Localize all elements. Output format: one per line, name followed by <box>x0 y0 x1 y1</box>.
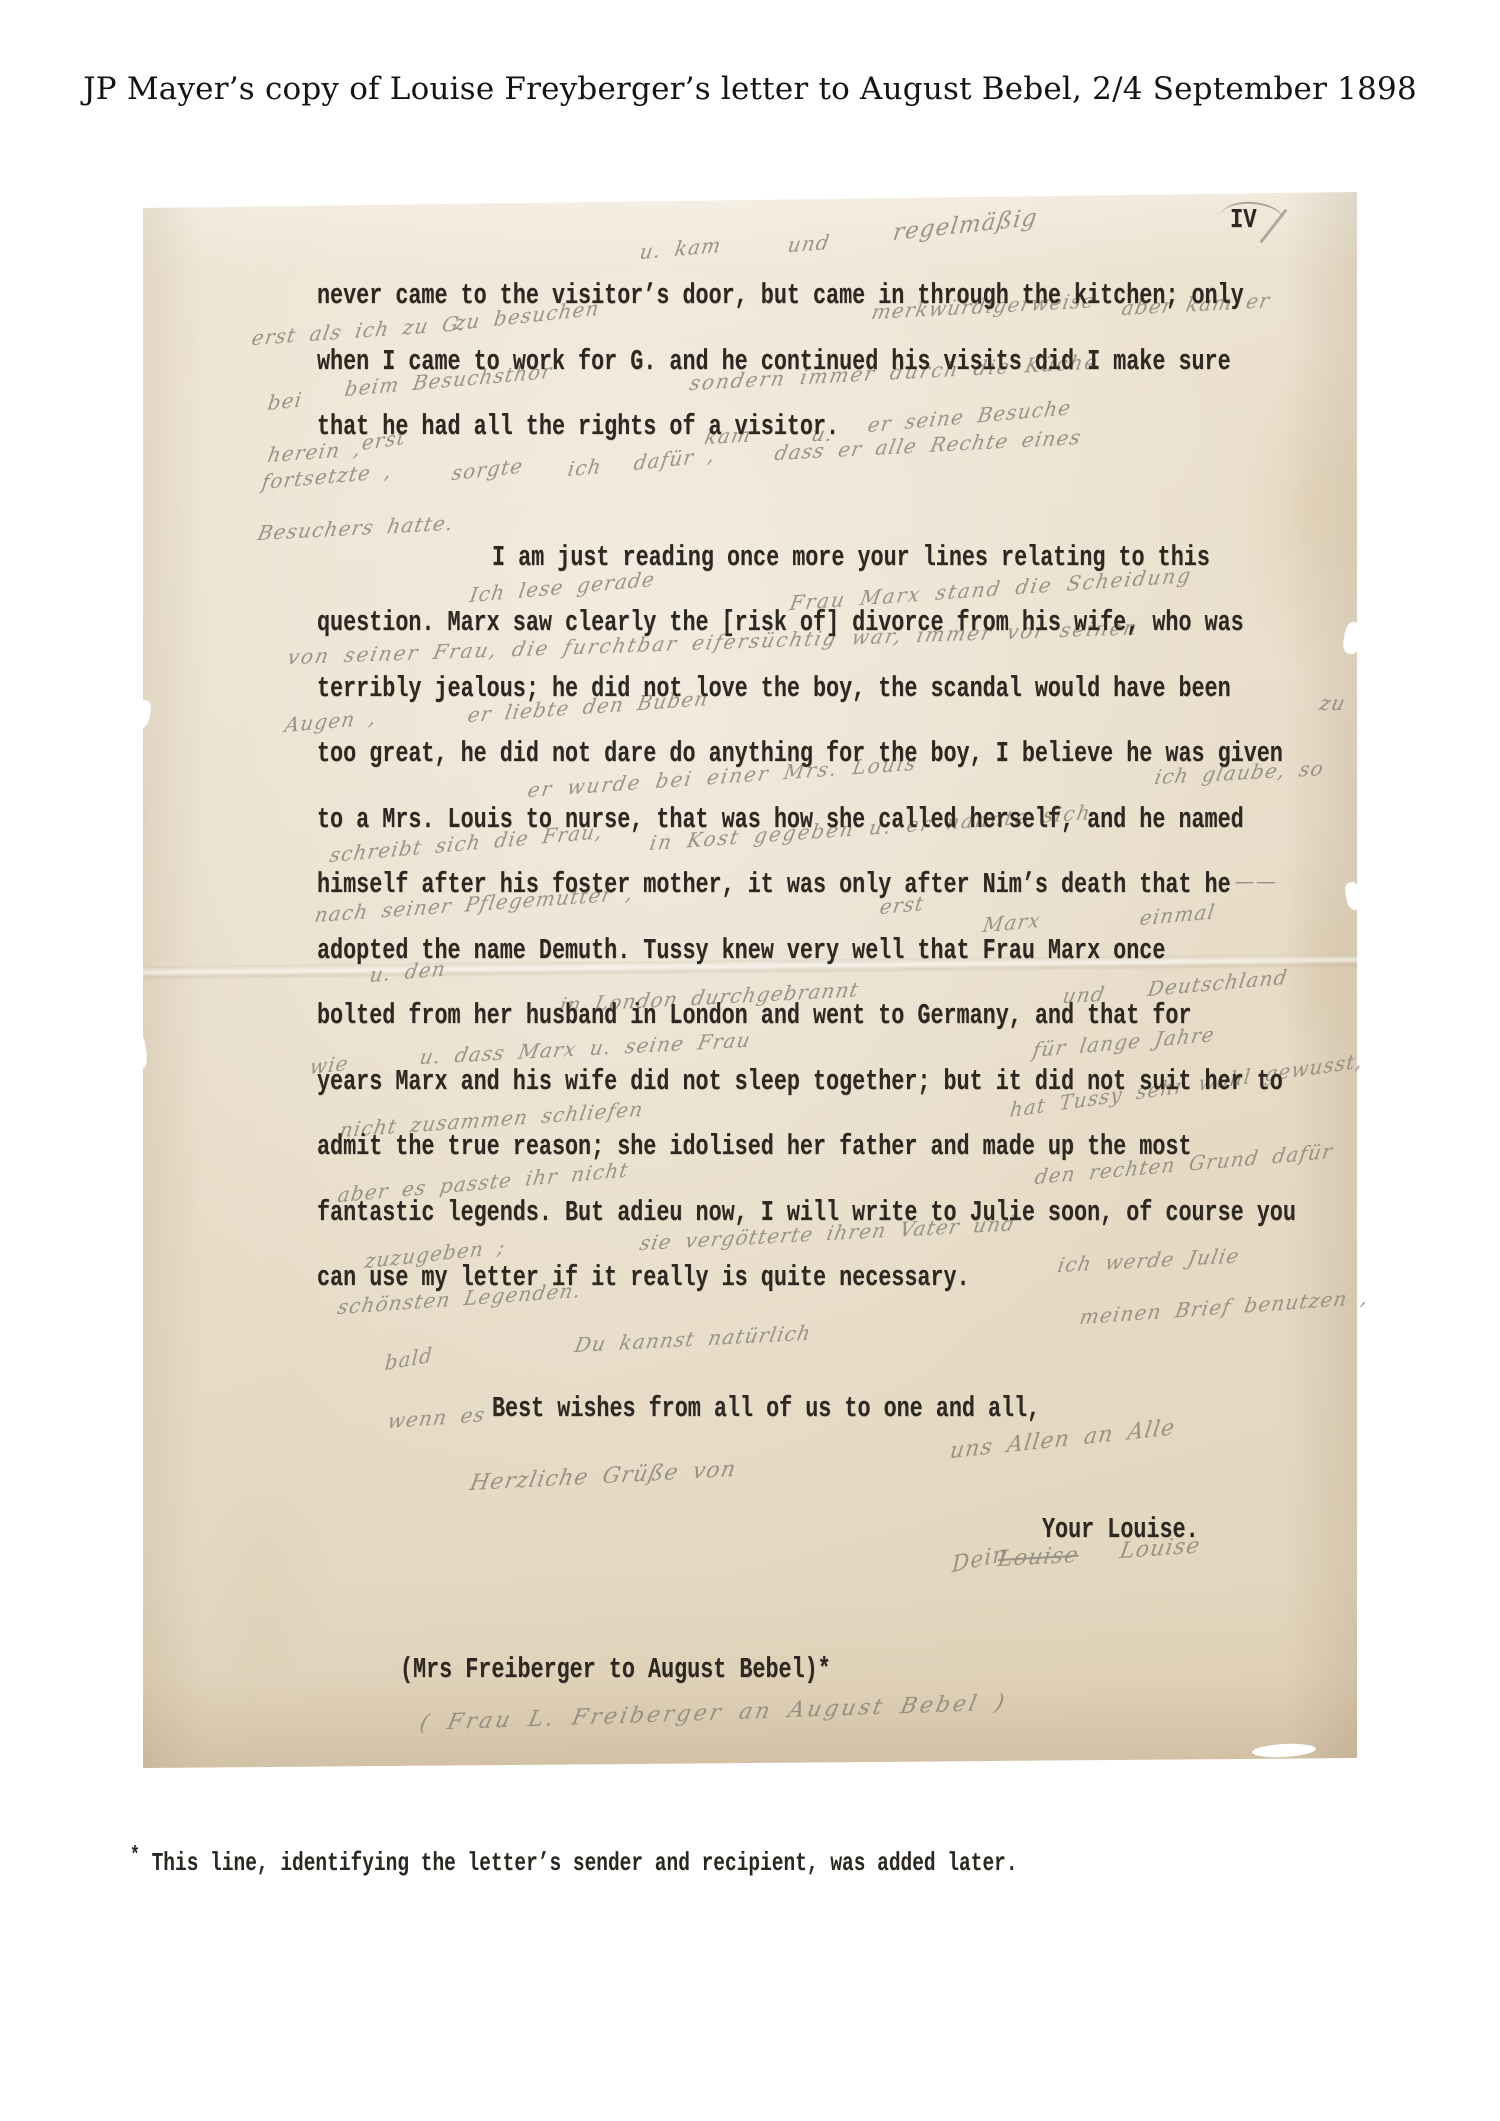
typed-line: admit the true reason; she idolised her … <box>317 1132 1192 1161</box>
typed-line: I am just reading once more your lines r… <box>492 543 1210 572</box>
typed-line: to a Mrs. Louis to nurse, that was how s… <box>317 805 1244 834</box>
typed-line: years Marx and his wife did not sleep to… <box>317 1067 1283 1096</box>
typed-line: bolted from her husband in London and we… <box>317 1001 1192 1030</box>
typed-line: fantastic legends. But adieu now, I will… <box>317 1198 1296 1227</box>
footnote-text: This line, identifying the letter’s send… <box>140 1848 1018 1878</box>
typed-line: terribly jealous; he did not love the bo… <box>317 674 1231 703</box>
page: JP Mayer’s copy of Louise Freyberger’s l… <box>0 0 1500 2121</box>
typed-line: that he had all the rights of a visitor. <box>317 412 839 441</box>
typed-line: Your Louise. <box>1042 1515 1199 1544</box>
handwritten-annotation: und <box>786 232 832 255</box>
handwritten-annotation: bei <box>267 389 304 413</box>
handwritten-annotation: —— <box>1233 871 1280 891</box>
typed-line: too great, he did not dare do anything f… <box>317 739 1283 768</box>
handwritten-annotation: ich <box>566 456 603 479</box>
handwritten-annotation: zu <box>1318 693 1349 713</box>
footnote: * This line, identifying the letter’s se… <box>130 1848 1018 1879</box>
page-title: JP Mayer’s copy of Louise Freyberger’s l… <box>0 71 1500 108</box>
typed-line: (Mrs Freiberger to August Bebel)* <box>400 1655 831 1684</box>
typed-line: himself after his foster mother, it was … <box>317 870 1231 899</box>
typed-line: when I came to work for G. and he contin… <box>317 347 1231 376</box>
handwritten-annotation: Louise <box>996 1545 1081 1571</box>
handwritten-annotation: einmal <box>1138 901 1217 928</box>
handwritten-annotation: wenn es <box>386 1404 487 1431</box>
typed-line: Best wishes from all of us to one and al… <box>492 1394 1040 1423</box>
typed-line: adopted the name Demuth. Tussy knew very… <box>317 936 1165 965</box>
typed-line: can use my letter if it really is quite … <box>317 1263 970 1292</box>
handwritten-annotation: Marx <box>981 910 1042 935</box>
paper-stain <box>1238 342 1388 672</box>
footnote-marker: * <box>130 1843 140 1868</box>
typed-line: question. Marx saw clearly the [risk of]… <box>317 608 1244 637</box>
typed-line: never came to the visitor’s door, but ca… <box>317 281 1244 310</box>
